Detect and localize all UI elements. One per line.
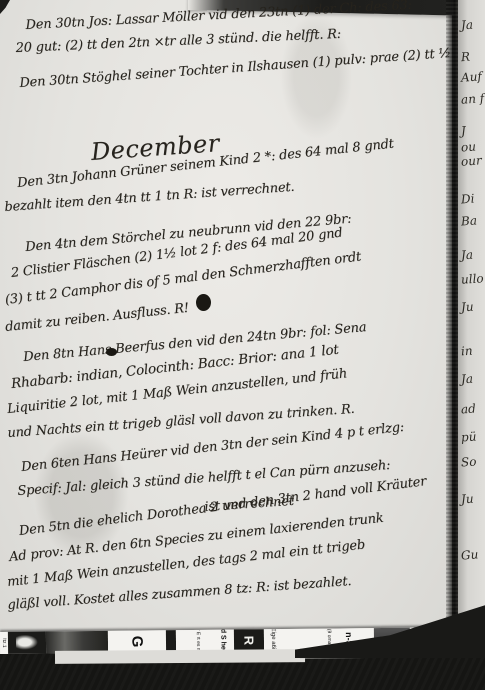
newsprint-fragment xyxy=(176,630,184,652)
newsprint-photo-fragment xyxy=(8,632,46,654)
newsprint-bar xyxy=(166,630,176,652)
facing-page-text-fragment: ou xyxy=(461,139,477,154)
facing-page-text-fragment: Ba xyxy=(461,213,478,228)
facing-page-text-fragment: Ja xyxy=(461,372,474,387)
newsprint-logo-fragment: R xyxy=(234,629,264,651)
facing-page-text-fragment: Auf xyxy=(461,69,483,84)
facing-page-text-fragment: an f xyxy=(461,91,485,107)
facing-page-text-fragment: ullo xyxy=(461,271,485,287)
manuscript-photo: Den 30tn Jos: Lassar Möller vid den 23tn… xyxy=(0,0,485,690)
ink-blot xyxy=(106,348,117,356)
facing-page-text-fragment: pü xyxy=(461,429,477,444)
ink-blot xyxy=(196,294,211,311)
facing-page-text-fragment: J xyxy=(461,124,467,138)
facing-page-text-fragment: Ja xyxy=(461,18,474,33)
facing-page-text-fragment: Gu xyxy=(461,547,479,562)
facing-page-text-fragment: in xyxy=(461,344,474,359)
facing-page-text-fragment: ad xyxy=(461,401,477,416)
facing-page-text-fragment: So xyxy=(461,454,477,469)
facing-page-text-fragment: Ju xyxy=(461,300,474,315)
paper-edge-step xyxy=(55,649,305,664)
newsprint-fragment: d S her xyxy=(212,630,234,652)
newsprint-image-blob xyxy=(16,635,39,650)
facing-page-edge: Ja R Auf an f J ou our Di Ba Ja ullo Ju … xyxy=(458,0,485,632)
newsprint-fragment: Itz.1 xyxy=(0,632,8,654)
newsprint-fragment: Eige a6i3 xyxy=(264,629,282,651)
facing-page-text-fragment: our xyxy=(461,153,483,168)
newsprint-fragment: ur E rt es ncu xyxy=(184,630,212,652)
facing-page-text-fragment: Ju xyxy=(461,492,474,507)
facing-page-text-fragment: Ja xyxy=(461,248,474,263)
facing-page-text-fragment: R xyxy=(461,50,471,65)
facing-page-text-fragment: Di xyxy=(461,192,475,207)
